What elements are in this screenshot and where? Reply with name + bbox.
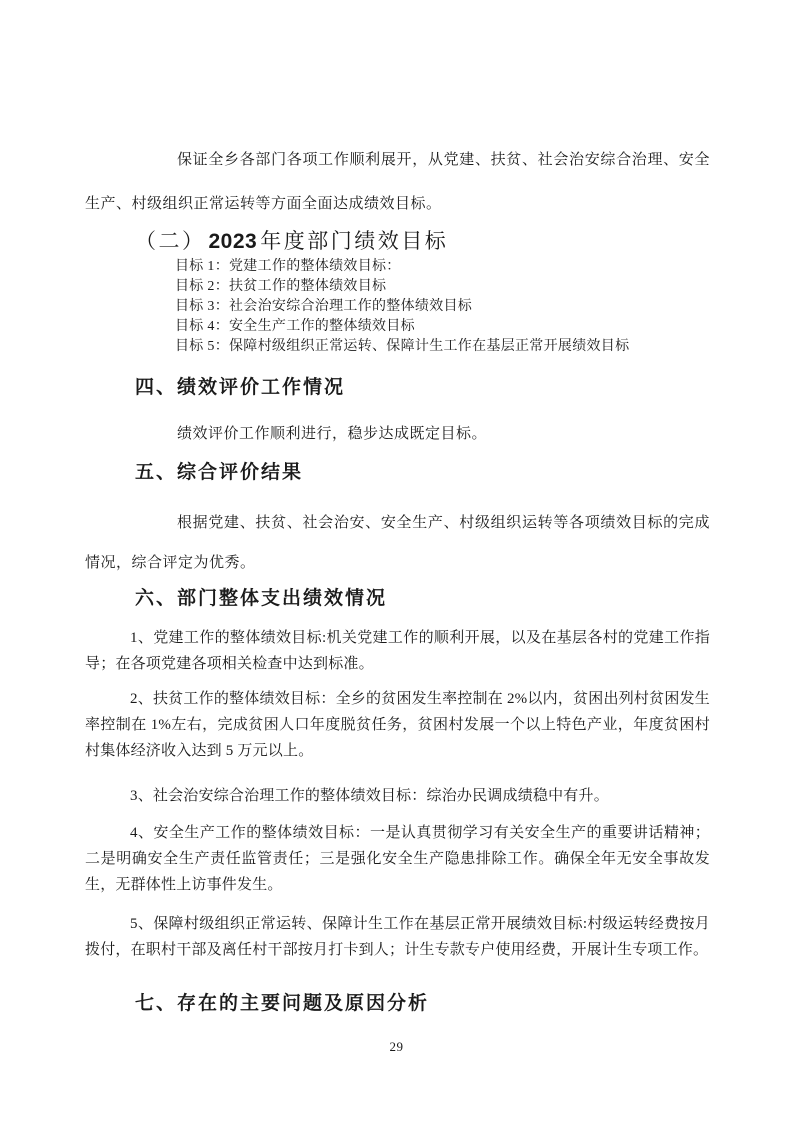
goal-item-1: 目标 1：党建工作的整体绩效目标：	[175, 257, 710, 277]
goal-item-3: 目标 3：社会治安综合治理工作的整体绩效目标	[175, 297, 710, 317]
section-6-paragraph-1: 1、党建工作的整体绩效目标:机关党建工作的顺利开展，以及在基层各村的党建工作指导…	[85, 625, 710, 677]
section-5-paragraph: 根据党建、扶贫、社会治安、安全生产、村级组织运转等各项绩效目标的完成情况，综合评…	[85, 503, 710, 583]
subsection-number: （二）	[135, 229, 206, 253]
goal-list: 目标 1：党建工作的整体绩效目标： 目标 2：扶贫工作的整体绩效目标 目标 3：…	[85, 257, 710, 357]
section-heading-6: 六、部门整体支出绩效情况	[135, 584, 710, 614]
section-6-paragraph-2: 2、扶贫工作的整体绩效目标：全乡的贫困发生率控制在 2%以内，贫困出列村贫困发生…	[85, 686, 710, 764]
goal-item-2: 目标 2：扶贫工作的整体绩效目标	[175, 277, 710, 297]
goal-item-5: 目标 5：保障村级组织正常运转、保障计生工作在基层正常开展绩效目标	[175, 337, 710, 357]
page-number: 29	[0, 1039, 793, 1055]
goal-item-4: 目标 4：安全生产工作的整体绩效目标	[175, 317, 710, 337]
section-heading-7: 七、存在的主要问题及原因分析	[135, 989, 710, 1019]
section-6-paragraph-4: 4、安全生产工作的整体绩效目标：一是认真贯彻学习有关安全生产的重要讲话精神；二是…	[85, 820, 710, 898]
document-page: 保证全乡各部门各项工作顺利展开，从党建、扶贫、社会治安综合治理、安全生产、村级组…	[0, 0, 793, 1122]
subsection-title: 年度部门绩效目标	[260, 229, 448, 253]
section-heading-4: 四、绩效评价工作情况	[135, 373, 710, 403]
intro-paragraph: 保证全乡各部门各项工作顺利展开，从党建、扶贫、社会治安综合治理、安全生产、村级组…	[85, 138, 710, 226]
section-heading-5: 五、综合评价结果	[135, 458, 710, 488]
section-6-paragraph-5: 5、保障村级组织正常运转、保障计生工作在基层正常开展绩效目标:村级运转经费按月拨…	[85, 911, 710, 963]
section-6-paragraph-3: 3、社会治安综合治理工作的整体绩效目标：综治办民调成绩稳中有升。	[85, 783, 710, 809]
subsection-heading-2023-goals: （二）2023年度部门绩效目标	[135, 226, 710, 257]
subsection-year: 2023	[209, 230, 258, 253]
section-4-paragraph: 绩效评价工作顺利进行，稳步达成既定目标。	[85, 419, 710, 449]
